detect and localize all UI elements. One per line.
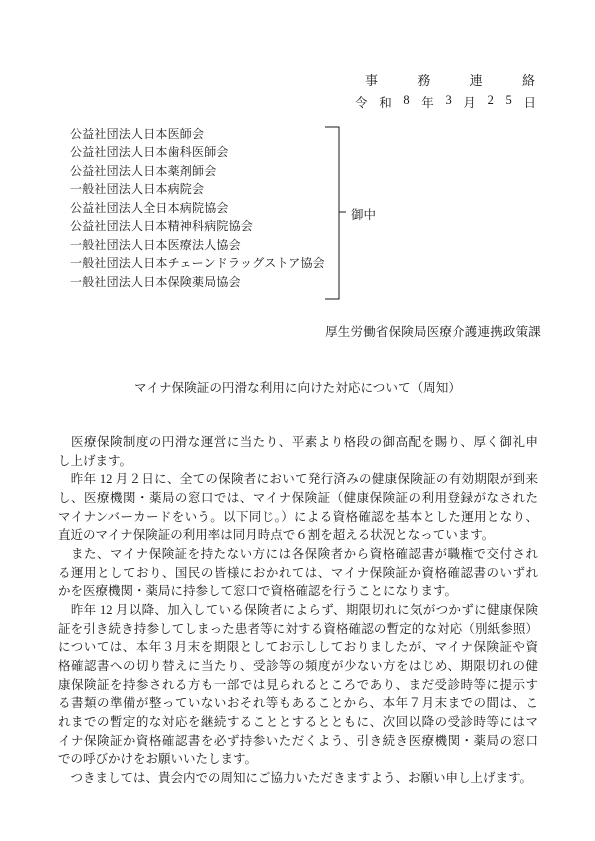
body-line: つきましては、貴会内での周知にご協力いただきますよう、お願い申し上げます。 (58, 769, 538, 788)
recipient: 公益社団法人日本医師会 (70, 125, 325, 143)
body-line: る運用としており、国民の皆様におかれては、マイナ保険証か資格確認書のいずれ (58, 564, 538, 583)
recipient: 一般社団法人日本チェーンドラッグストア協会 (70, 254, 325, 272)
document-page: 事務連絡 令和8年3月25日 公益社団法人日本医師会 公益社団法人日本歯科医師会… (0, 0, 595, 841)
body-line: 格確認書への切り替えに当たり、受診等の頻度が少ない方をはじめ、期限切れの健 (58, 657, 538, 676)
body-line: 直近のマイナ保険証の利用率は同月時点で６割を超える状況となっています。 (58, 526, 538, 545)
body-line: し、医療機関・薬局の窓口では、マイナ保険証（健康保険証の利用登録がなされた (58, 489, 538, 508)
body-line: る書類の準備が整っていないおそれ等もあることから、本年７月末までの間は、こ (58, 694, 538, 713)
paragraph: つきましては、貴会内での周知にご協力いただきますよう、お願い申し上げます。 (58, 769, 538, 788)
recipient: 公益社団法人日本精神科病院協会 (70, 217, 325, 235)
recipient-bracket-icon (320, 123, 352, 305)
body-line: 証を引き続き持参してしまった患者等に対する資格確認の暫定的な対応（別紙参照） (58, 620, 538, 639)
paragraph: 昨年 12 月以降、加入している保険者によらず、期限切れに気がつかずに健康保険 … (58, 601, 538, 769)
body-line: れまでの暫定的な対応を継続することとするとともに、次回以降の受診時等にはマ (58, 713, 538, 732)
body-line: 昨年 12 月以降、加入している保険者によらず、期限切れに気がつかずに健康保険 (58, 601, 538, 620)
body-line: マイナンバーカードをいう。以下同じ。）による資格確認を基本とした運用となり、 (58, 508, 538, 527)
body-line: かを医療機関・薬局に持参して窓口で資格確認を行うことになります。 (58, 582, 538, 601)
body-line: し上げます。 (58, 452, 538, 471)
body-line: での呼びかけをお願いいたします。 (58, 750, 538, 769)
recipient: 一般社団法人日本保険薬局協会 (70, 273, 325, 291)
body-line: 医療保険制度の円滑な運営に当たり、平素より格段の御高配を賜り、厚く御礼申 (58, 433, 538, 452)
sender-name: 厚生労働省保険局医療介護連携政策課 (58, 322, 541, 340)
doc-title: マイナ保険証の円滑な利用に向けた対応について（周知） (0, 377, 595, 396)
body-line: 昨年 12 月２日に、全ての保険者において発行済みの健康保険証の有効期限が到来 (58, 470, 538, 489)
recipient-honorific: 御中 (351, 205, 376, 223)
recipient: 一般社団法人日本医療法人協会 (70, 236, 325, 254)
body-line: 康保険証を持参される方も一部では見られるところであり、まだ受診時等に提示す (58, 676, 538, 695)
doc-date: 令和8年3月25日 (355, 93, 536, 111)
paragraph: また、マイナ保険証を持たない方には各保険者から資格確認書が職権で交付され る運用… (58, 545, 538, 601)
document-body: 医療保険制度の円滑な運営に当たり、平素より格段の御高配を賜り、厚く御礼申 し上げ… (58, 433, 538, 787)
doc-type-label: 事務連絡 (365, 70, 535, 89)
body-line: イナ保険証か資格確認書を必ず持参いただくよう、引き続き医療機関・薬局の窓口 (58, 732, 538, 751)
paragraph: 昨年 12 月２日に、全ての保険者において発行済みの健康保険証の有効期限が到来 … (58, 470, 538, 545)
recipient: 公益社団法人日本薬剤師会 (70, 162, 325, 180)
recipient: 公益社団法人日本歯科医師会 (70, 143, 325, 161)
recipient: 一般社団法人日本病院会 (70, 180, 325, 198)
body-line: については、本年３月末を期限としてお示ししておりましたが、マイナ保険証や資 (58, 638, 538, 657)
recipient-list: 公益社団法人日本医師会 公益社団法人日本歯科医師会 公益社団法人日本薬剤師会 一… (70, 125, 325, 291)
paragraph: 医療保険制度の円滑な運営に当たり、平素より格段の御高配を賜り、厚く御礼申 し上げ… (58, 433, 538, 470)
body-line: また、マイナ保険証を持たない方には各保険者から資格確認書が職権で交付され (58, 545, 538, 564)
recipient: 公益社団法人全日本病院協会 (70, 199, 325, 217)
